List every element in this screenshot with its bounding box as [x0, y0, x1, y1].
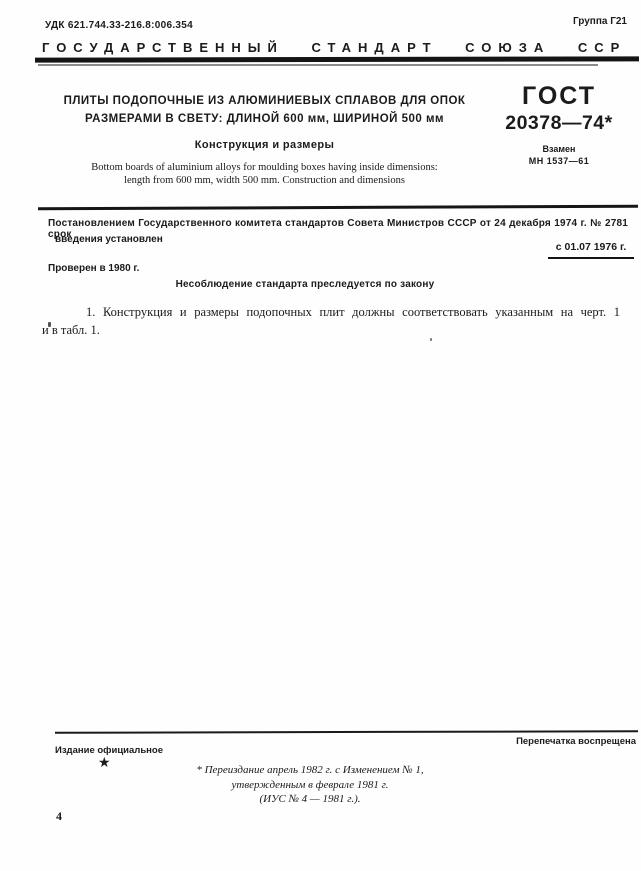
scan-speck — [48, 322, 51, 327]
masthead-rule-echo — [38, 64, 598, 66]
body-paragraph-1: 1. Конструкция и размеры подопочных плит… — [42, 303, 620, 339]
effective-date: с 01.07 1976 г. — [548, 241, 634, 259]
gost-label: ГОСТ — [483, 84, 635, 108]
revision-footnote-line1: * Переиздание апрель 1982 г. с Изменение… — [150, 763, 470, 778]
scan-speck — [430, 338, 432, 341]
masthead-title: ГОСУДАРСТВЕННЫЙ СТАНДАРТ СОЮЗА ССР — [42, 40, 622, 55]
checked-note: Проверен в 1980 г. — [48, 263, 139, 274]
replaces-number: МН 1537—61 — [483, 156, 635, 166]
page-number: 4 — [56, 809, 62, 824]
star-icon: ★ — [98, 755, 111, 769]
enactment-rule — [38, 205, 638, 211]
udc-number: УДК 621.744.33-216.8:006.354 — [45, 20, 193, 31]
body-paragraph-1-line2: и в табл. 1. — [42, 321, 620, 339]
enactment-text-line2: введения установлен — [55, 234, 163, 245]
title-en-line2: length from 600 mm, width 500 mm. Constr… — [42, 174, 487, 187]
standard-designation: ГОСТ 20378—74* Взамен МН 1537—61 — [483, 84, 635, 166]
title-en: Bottom boards of aluminium alloys for mo… — [42, 161, 487, 187]
footer-rule — [55, 730, 638, 734]
gost-number: 20378—74* — [483, 112, 635, 135]
document-page: УДК 621.744.33-216.8:006.354 Группа Г21 … — [0, 0, 641, 871]
revision-footnote-line3: (ИУС № 4 — 1981 г.). — [150, 792, 470, 807]
title-block: ПЛИТЫ ПОДОПОЧНЫЕ ИЗ АЛЮМИНИЕВЫХ СПЛАВОВ … — [42, 92, 487, 187]
title-ru-line1: ПЛИТЫ ПОДОПОЧНЫЕ ИЗ АЛЮМИНИЕВЫХ СПЛАВОВ … — [42, 92, 487, 110]
reprint-notice: Перепечатка воспрещена — [516, 736, 636, 747]
replaces-label: Взамен — [483, 144, 635, 154]
subtitle-ru: Конструкция и размеры — [42, 139, 487, 151]
title-en-line1: Bottom boards of aluminium alloys for mo… — [42, 161, 487, 174]
body-paragraph-1-line1: 1. Конструкция и размеры подопочных плит… — [42, 303, 620, 321]
group-label: Группа Г21 — [573, 16, 627, 27]
law-notice: Несоблюдение стандарта преследуется по з… — [10, 279, 600, 290]
revision-footnote: * Переиздание апрель 1982 г. с Изменение… — [150, 763, 470, 807]
title-ru-line2: РАЗМЕРАМИ В СВЕТУ: ДЛИНОЙ 600 мм, ШИРИНО… — [42, 110, 487, 128]
revision-footnote-line2: утвержденным в феврале 1981 г. — [150, 778, 470, 793]
masthead-rule — [35, 56, 639, 62]
